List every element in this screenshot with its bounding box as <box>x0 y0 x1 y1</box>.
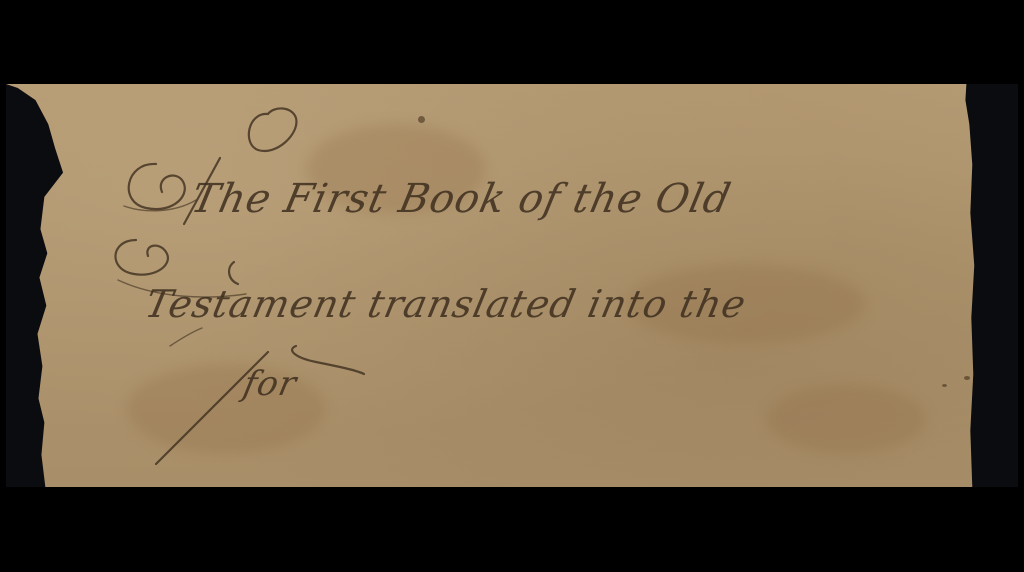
manuscript-line-2: Testament translated into the <box>141 282 750 326</box>
ink-speck <box>964 376 970 380</box>
manuscript-line-1: The First Book of the Old <box>187 176 735 222</box>
manuscript-paper: The First Book of the Old Testament tran… <box>6 84 990 487</box>
manuscript-photo: The First Book of the Old Testament tran… <box>6 84 1018 487</box>
ink-speck <box>942 384 947 387</box>
manuscript-line-3: for <box>240 364 301 404</box>
paper-stain <box>766 384 926 454</box>
ink-speck <box>418 116 425 123</box>
ornamental-loop <box>249 108 297 151</box>
viewer-frame: The First Book of the Old Testament tran… <box>0 0 1024 572</box>
